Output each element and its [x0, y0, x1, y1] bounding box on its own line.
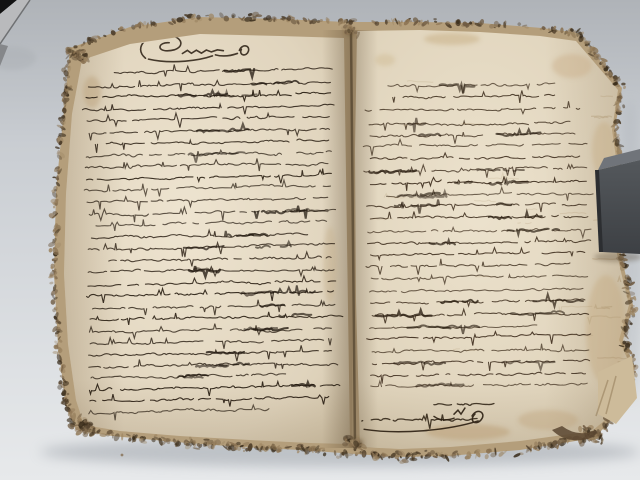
page-weight	[594, 149, 640, 262]
edge-blob	[203, 439, 209, 441]
edge-blob	[51, 199, 59, 204]
edge-blob	[534, 441, 537, 446]
scene-canvas	[0, 0, 640, 480]
photo-of-manuscript	[0, 0, 640, 480]
bleed-stroke	[601, 96, 613, 97]
weight-front-face	[598, 160, 640, 254]
